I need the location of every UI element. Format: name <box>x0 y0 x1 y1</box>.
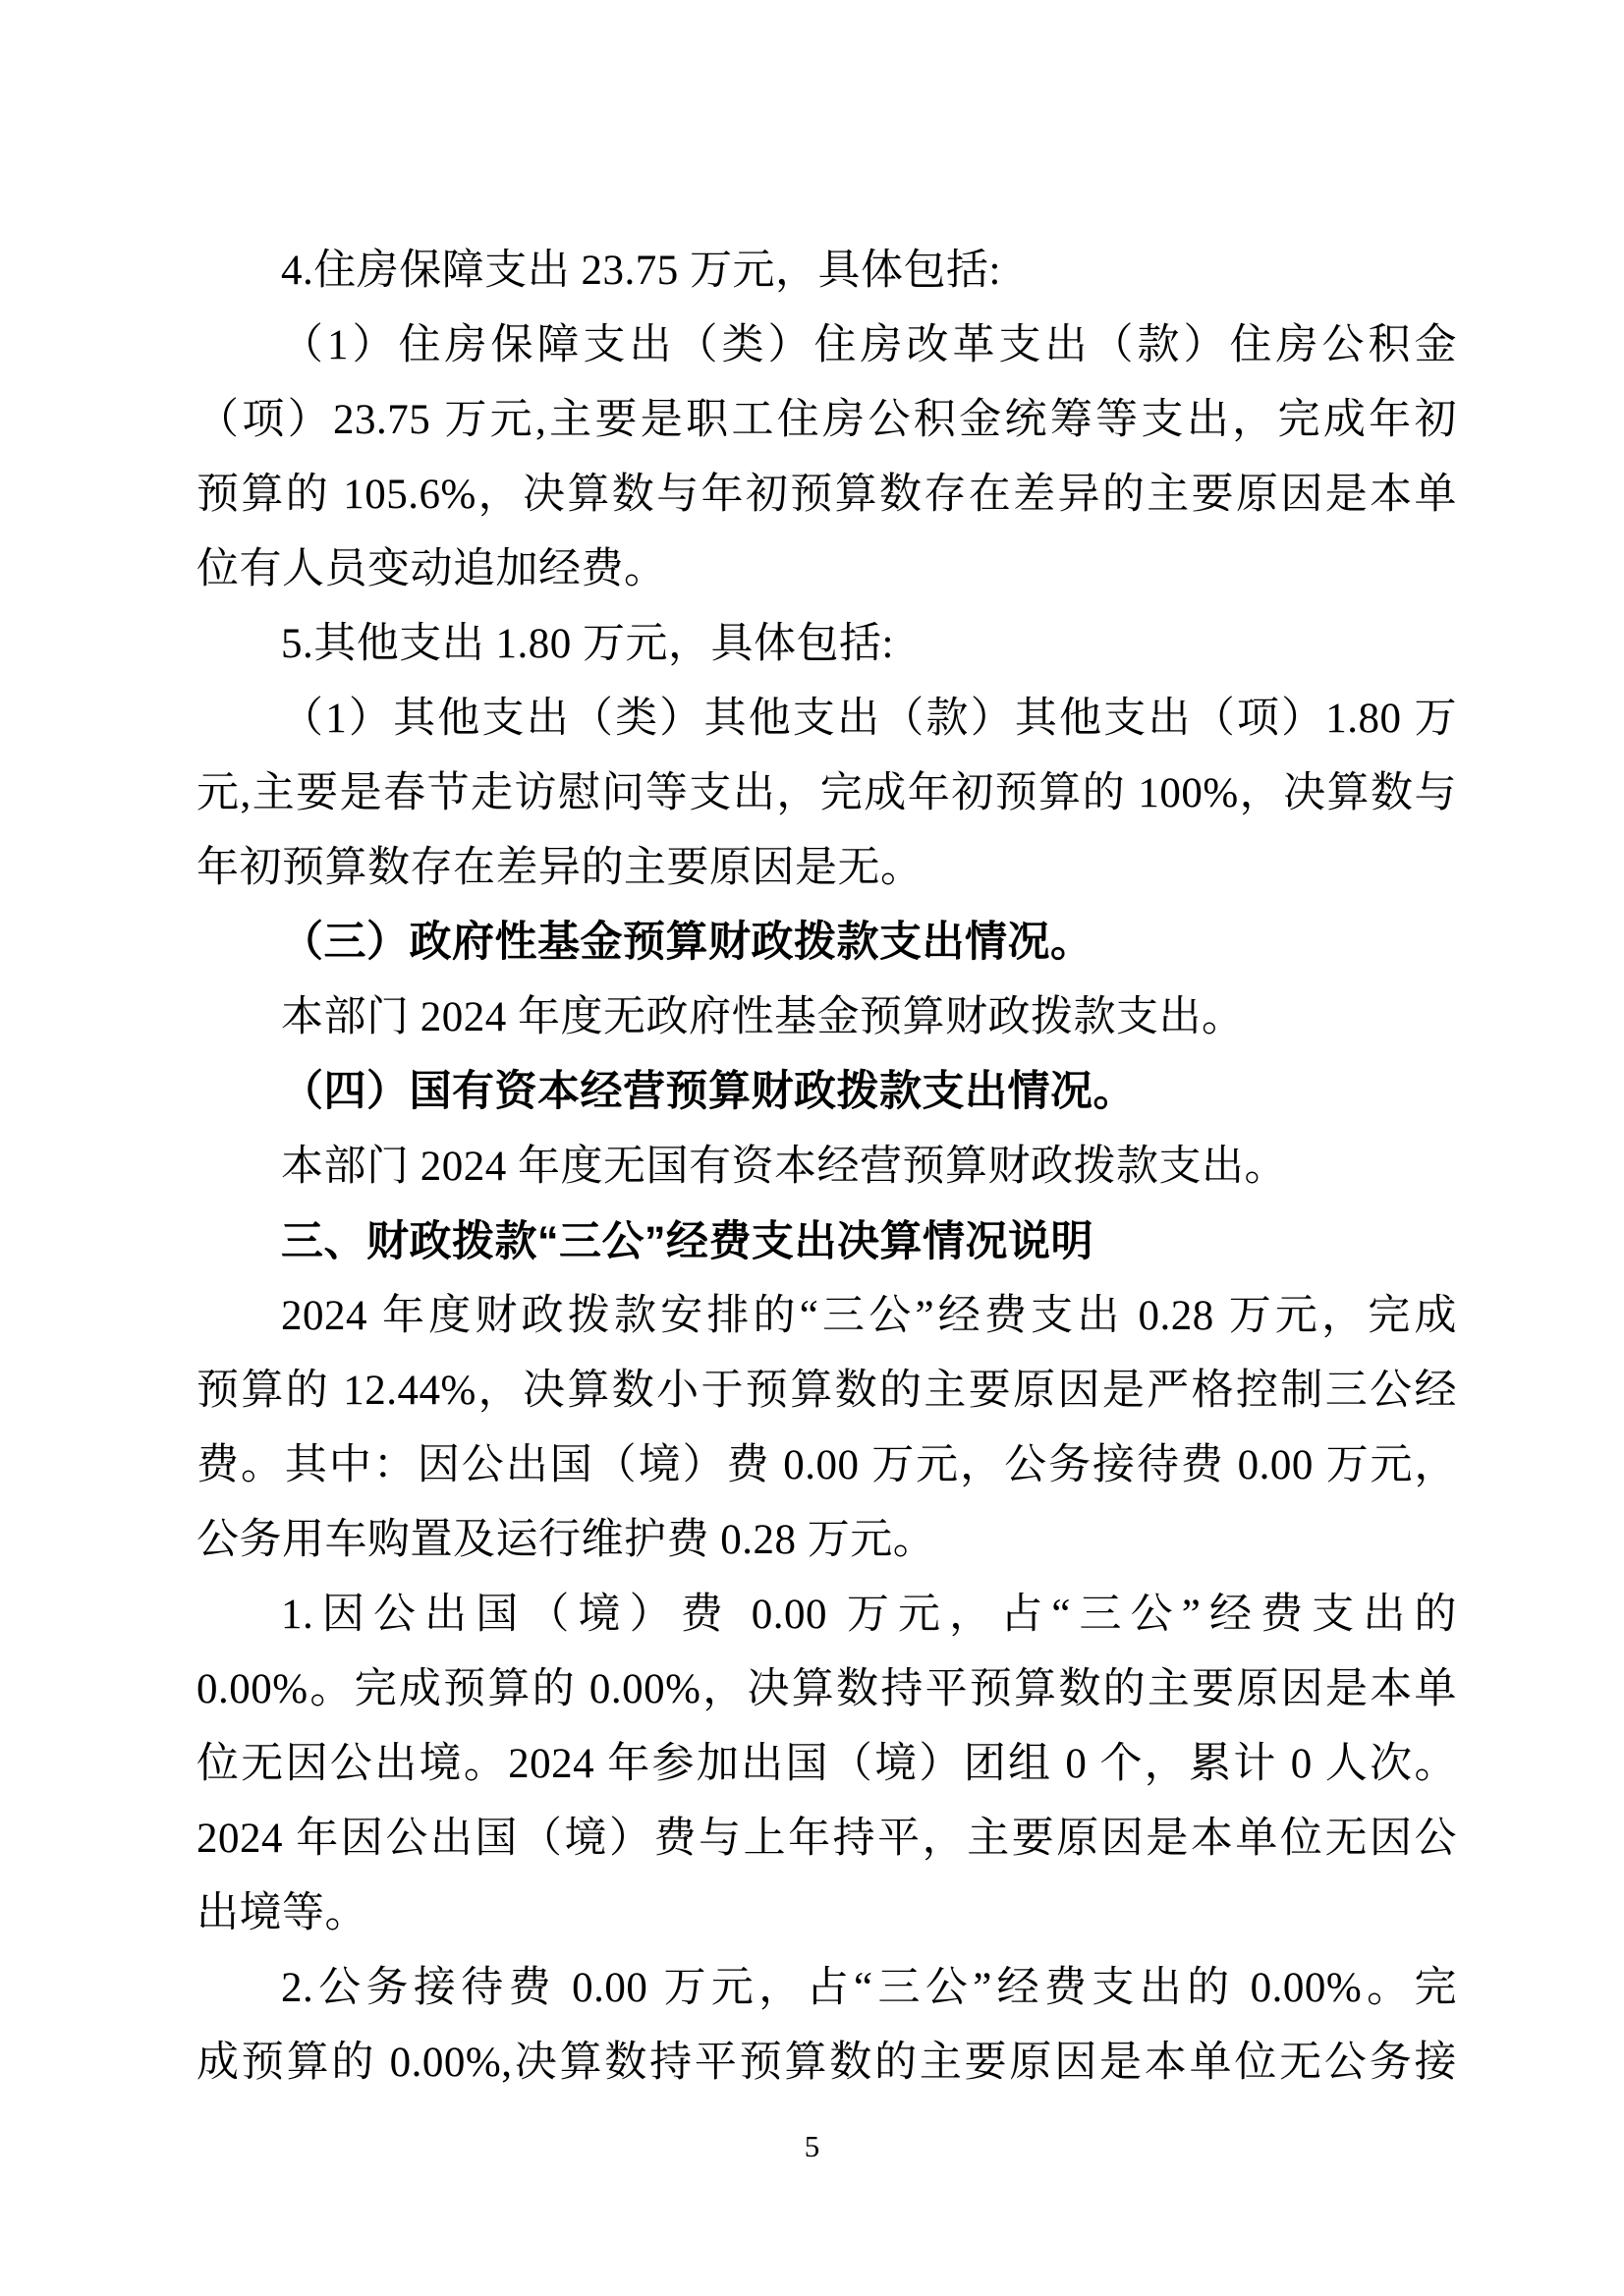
text-line: 成预算的 0.00%,决算数持平预算数的主要原因是本单位无公务接 <box>196 2026 1457 2100</box>
text-line: （1）住房保障支出（类）住房改革支出（款）住房公积金 <box>196 308 1457 383</box>
text-line: 2024 年度财政拨款安排的“三公”经费支出 0.28 万元，完成 <box>196 1279 1457 1354</box>
text-line: 费。其中：因公出国（境）费 0.00 万元，公务接待费 0.00 万元， <box>196 1428 1457 1503</box>
text-line: 本部门 2024 年度无政府性基金预算财政拨款支出。 <box>196 980 1457 1055</box>
text-line: 5.其他支出 1.80 万元，具体包括: <box>196 607 1457 682</box>
text-line: 2.公务接待费 0.00 万元，占“三公”经费支出的 0.00%。完 <box>196 1951 1457 2026</box>
text-line: 1.因公出国（境）费 0.00 万元，占“三公”经费支出的 <box>196 1578 1457 1652</box>
text-line: 预算的 12.44%，决算数小于预算数的主要原因是严格控制三公经 <box>196 1354 1457 1428</box>
text-line: 4.住房保障支出 23.75 万元，具体包括: <box>196 234 1457 308</box>
text-line: 公务用车购置及运行维护费 0.28 万元。 <box>196 1503 1457 1578</box>
text-line: （1）其他支出（类）其他支出（款）其他支出（项）1.80 万 <box>196 682 1457 756</box>
text-line: 元,主要是春节走访慰问等支出，完成年初预算的 100%，决算数与 <box>196 756 1457 831</box>
text-line: 年初预算数存在差异的主要原因是无。 <box>196 831 1457 906</box>
text-block: 4.住房保障支出 23.75 万元，具体包括:（1）住房保障支出（类）住房改革支… <box>196 234 1457 2100</box>
text-line: 位无因公出境。2024 年参加出国（境）团组 0 个，累计 0 人次。 <box>196 1727 1457 1802</box>
text-line: （项）23.75 万元,主要是职工住房公积金统筹等支出，完成年初 <box>196 383 1457 458</box>
subsection-heading: （四）国有资本经营预算财政拨款支出情况。 <box>196 1055 1457 1130</box>
text-line: 预算的 105.6%，决算数与年初预算数存在差异的主要原因是本单 <box>196 458 1457 532</box>
document-page: 4.住房保障支出 23.75 万元，具体包括:（1）住房保障支出（类）住房改革支… <box>0 0 1624 2296</box>
text-line: 2024 年因公出国（境）费与上年持平，主要原因是本单位无因公 <box>196 1802 1457 1876</box>
text-line: 位有人员变动追加经费。 <box>196 532 1457 607</box>
text-line: 本部门 2024 年度无国有资本经营预算财政拨款支出。 <box>196 1130 1457 1204</box>
subsection-heading: （三）政府性基金预算财政拨款支出情况。 <box>196 906 1457 980</box>
page-number: 5 <box>0 2125 1624 2168</box>
text-line: 出境等。 <box>196 1876 1457 1951</box>
text-line: 0.00%。完成预算的 0.00%，决算数持平预算数的主要原因是本单 <box>196 1652 1457 1727</box>
section-heading: 三、财政拨款“三公”经费支出决算情况说明 <box>196 1204 1457 1279</box>
